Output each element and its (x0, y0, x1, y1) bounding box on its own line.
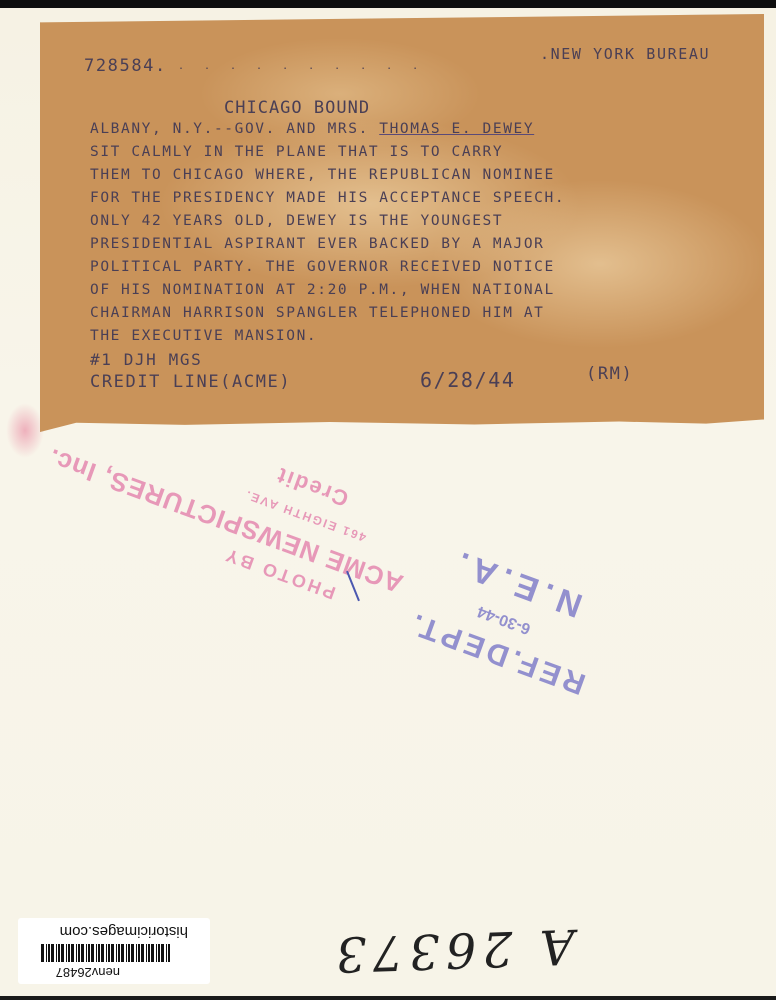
barcode-site: historicimages.com (60, 923, 188, 940)
subject-name: THOMAS E. DEWEY (379, 121, 534, 137)
ink-smudge (6, 403, 44, 458)
bureau-label: .NEW YORK BUREAU (540, 47, 710, 62)
caption-line-1: ALBANY, N.Y.--GOV. AND MRS. THOMAS E. DE… (90, 122, 534, 137)
handwritten-file-number: A 26373 (329, 918, 575, 983)
caption-slip: 728584. .......... .NEW YORK BUREAU CHIC… (40, 14, 764, 432)
internal-codes: #1 DJH MGS (90, 352, 202, 368)
caption-line-2: SIT CALMLY IN THE PLANE THAT IS TO CARRY (90, 145, 503, 160)
scan-bottom-edge (0, 996, 776, 1000)
caption-line-9: CHAIRMAN HARRISON SPANGLER TELEPHONED HI… (90, 306, 545, 321)
editor-initials: (RM) (586, 366, 633, 383)
headline: CHICAGO BOUND (224, 100, 370, 117)
caption-line-5: ONLY 42 YEARS OLD, DEWEY IS THE YOUNGEST (90, 214, 503, 229)
caption-line-8: OF HIS NOMINATION AT 2:20 P.M., WHEN NAT… (90, 283, 555, 298)
negative-number: 728584. (84, 58, 167, 75)
caption-line-10: THE EXECUTIVE MANSION. (90, 329, 317, 344)
stamp-nea-org: N.E.A. (446, 541, 587, 624)
dot-leader: .......... (178, 62, 438, 72)
release-date: 6/28/44 (420, 370, 516, 390)
barcode-id: nenv26487 (56, 965, 120, 980)
caption-line-3: THEM TO CHICAGO WHERE, THE REPUBLICAN NO… (90, 168, 555, 183)
caption-line-1-prefix: ALBANY, N.Y.--GOV. AND MRS. (90, 121, 379, 137)
archive-barcode-label: nenv26487 historicimages.com (18, 918, 210, 984)
caption-line-6: PRESIDENTIAL ASPIRANT EVER BACKED BY A M… (90, 237, 545, 252)
caption-line-4: FOR THE PRESIDENCY MADE HIS ACCEPTANCE S… (90, 191, 565, 206)
caption-line-7: POLITICAL PARTY. THE GOVERNOR RECEIVED N… (90, 260, 555, 275)
barcode-icon (40, 944, 170, 962)
